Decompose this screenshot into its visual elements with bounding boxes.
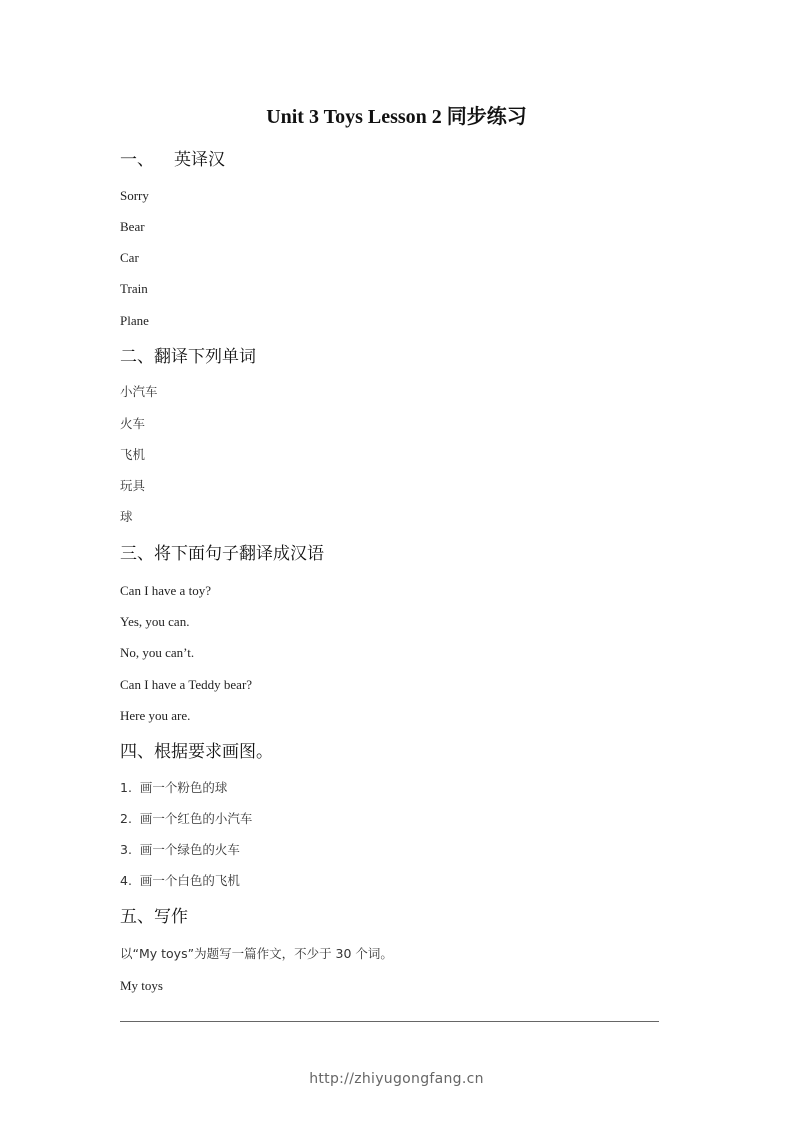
list-item: Bear xyxy=(120,219,145,235)
document-title: Unit 3 Toys Lesson 2 同步练习 xyxy=(0,104,793,130)
list-item: No, you can’t. xyxy=(120,645,194,661)
list-item: Yes, you can. xyxy=(120,614,189,630)
section-number: 四、 xyxy=(120,741,154,763)
list-item: Here you are. xyxy=(120,708,190,724)
section-5-heading: 五、写作 xyxy=(120,906,188,928)
writing-answer-line xyxy=(120,1021,659,1022)
list-item: Plane xyxy=(120,313,149,329)
list-item: 飞机 xyxy=(120,447,145,463)
list-item: 球 xyxy=(120,509,133,525)
footer-url: http://zhiyugongfang.cn xyxy=(0,1071,793,1087)
list-item: 火车 xyxy=(120,416,145,432)
section-number: 一、 xyxy=(120,149,154,171)
section-number: 五、 xyxy=(120,906,154,928)
writing-title: My toys xyxy=(120,978,163,994)
list-item: Train xyxy=(120,281,148,297)
list-item: Can I have a Teddy bear? xyxy=(120,677,252,693)
list-item: Car xyxy=(120,250,139,266)
list-item: 小汽车 xyxy=(120,384,158,400)
section-title: 将下面句子翻译成汉语 xyxy=(154,544,324,564)
section-title: 英译汉 xyxy=(174,150,225,170)
list-item: 3. 画一个绿色的火车 xyxy=(120,842,240,858)
document-page: Unit 3 Toys Lesson 2 同步练习 一、英译汉 Sorry Be… xyxy=(0,0,793,1122)
list-item: Can I have a toy? xyxy=(120,583,211,599)
section-3-heading: 三、将下面句子翻译成汉语 xyxy=(120,543,324,565)
list-item: 4. 画一个白色的飞机 xyxy=(120,873,240,889)
section-number: 二、 xyxy=(120,346,154,368)
section-4-heading: 四、根据要求画图。 xyxy=(120,741,273,763)
list-item: 2. 画一个红色的小汽车 xyxy=(120,811,252,827)
writing-prompt: 以“My toys”为题写一篇作文，不少于 30 个词。 xyxy=(120,946,393,962)
section-number: 三、 xyxy=(120,543,154,565)
section-title: 翻译下列单词 xyxy=(154,347,256,367)
list-item: 玩具 xyxy=(120,478,145,494)
section-2-heading: 二、翻译下列单词 xyxy=(120,346,256,368)
section-title: 根据要求画图。 xyxy=(154,742,273,762)
section-1-heading: 一、英译汉 xyxy=(120,149,225,171)
section-title: 写作 xyxy=(154,907,188,927)
list-item: 1. 画一个粉色的球 xyxy=(120,780,227,796)
list-item: Sorry xyxy=(120,188,149,204)
